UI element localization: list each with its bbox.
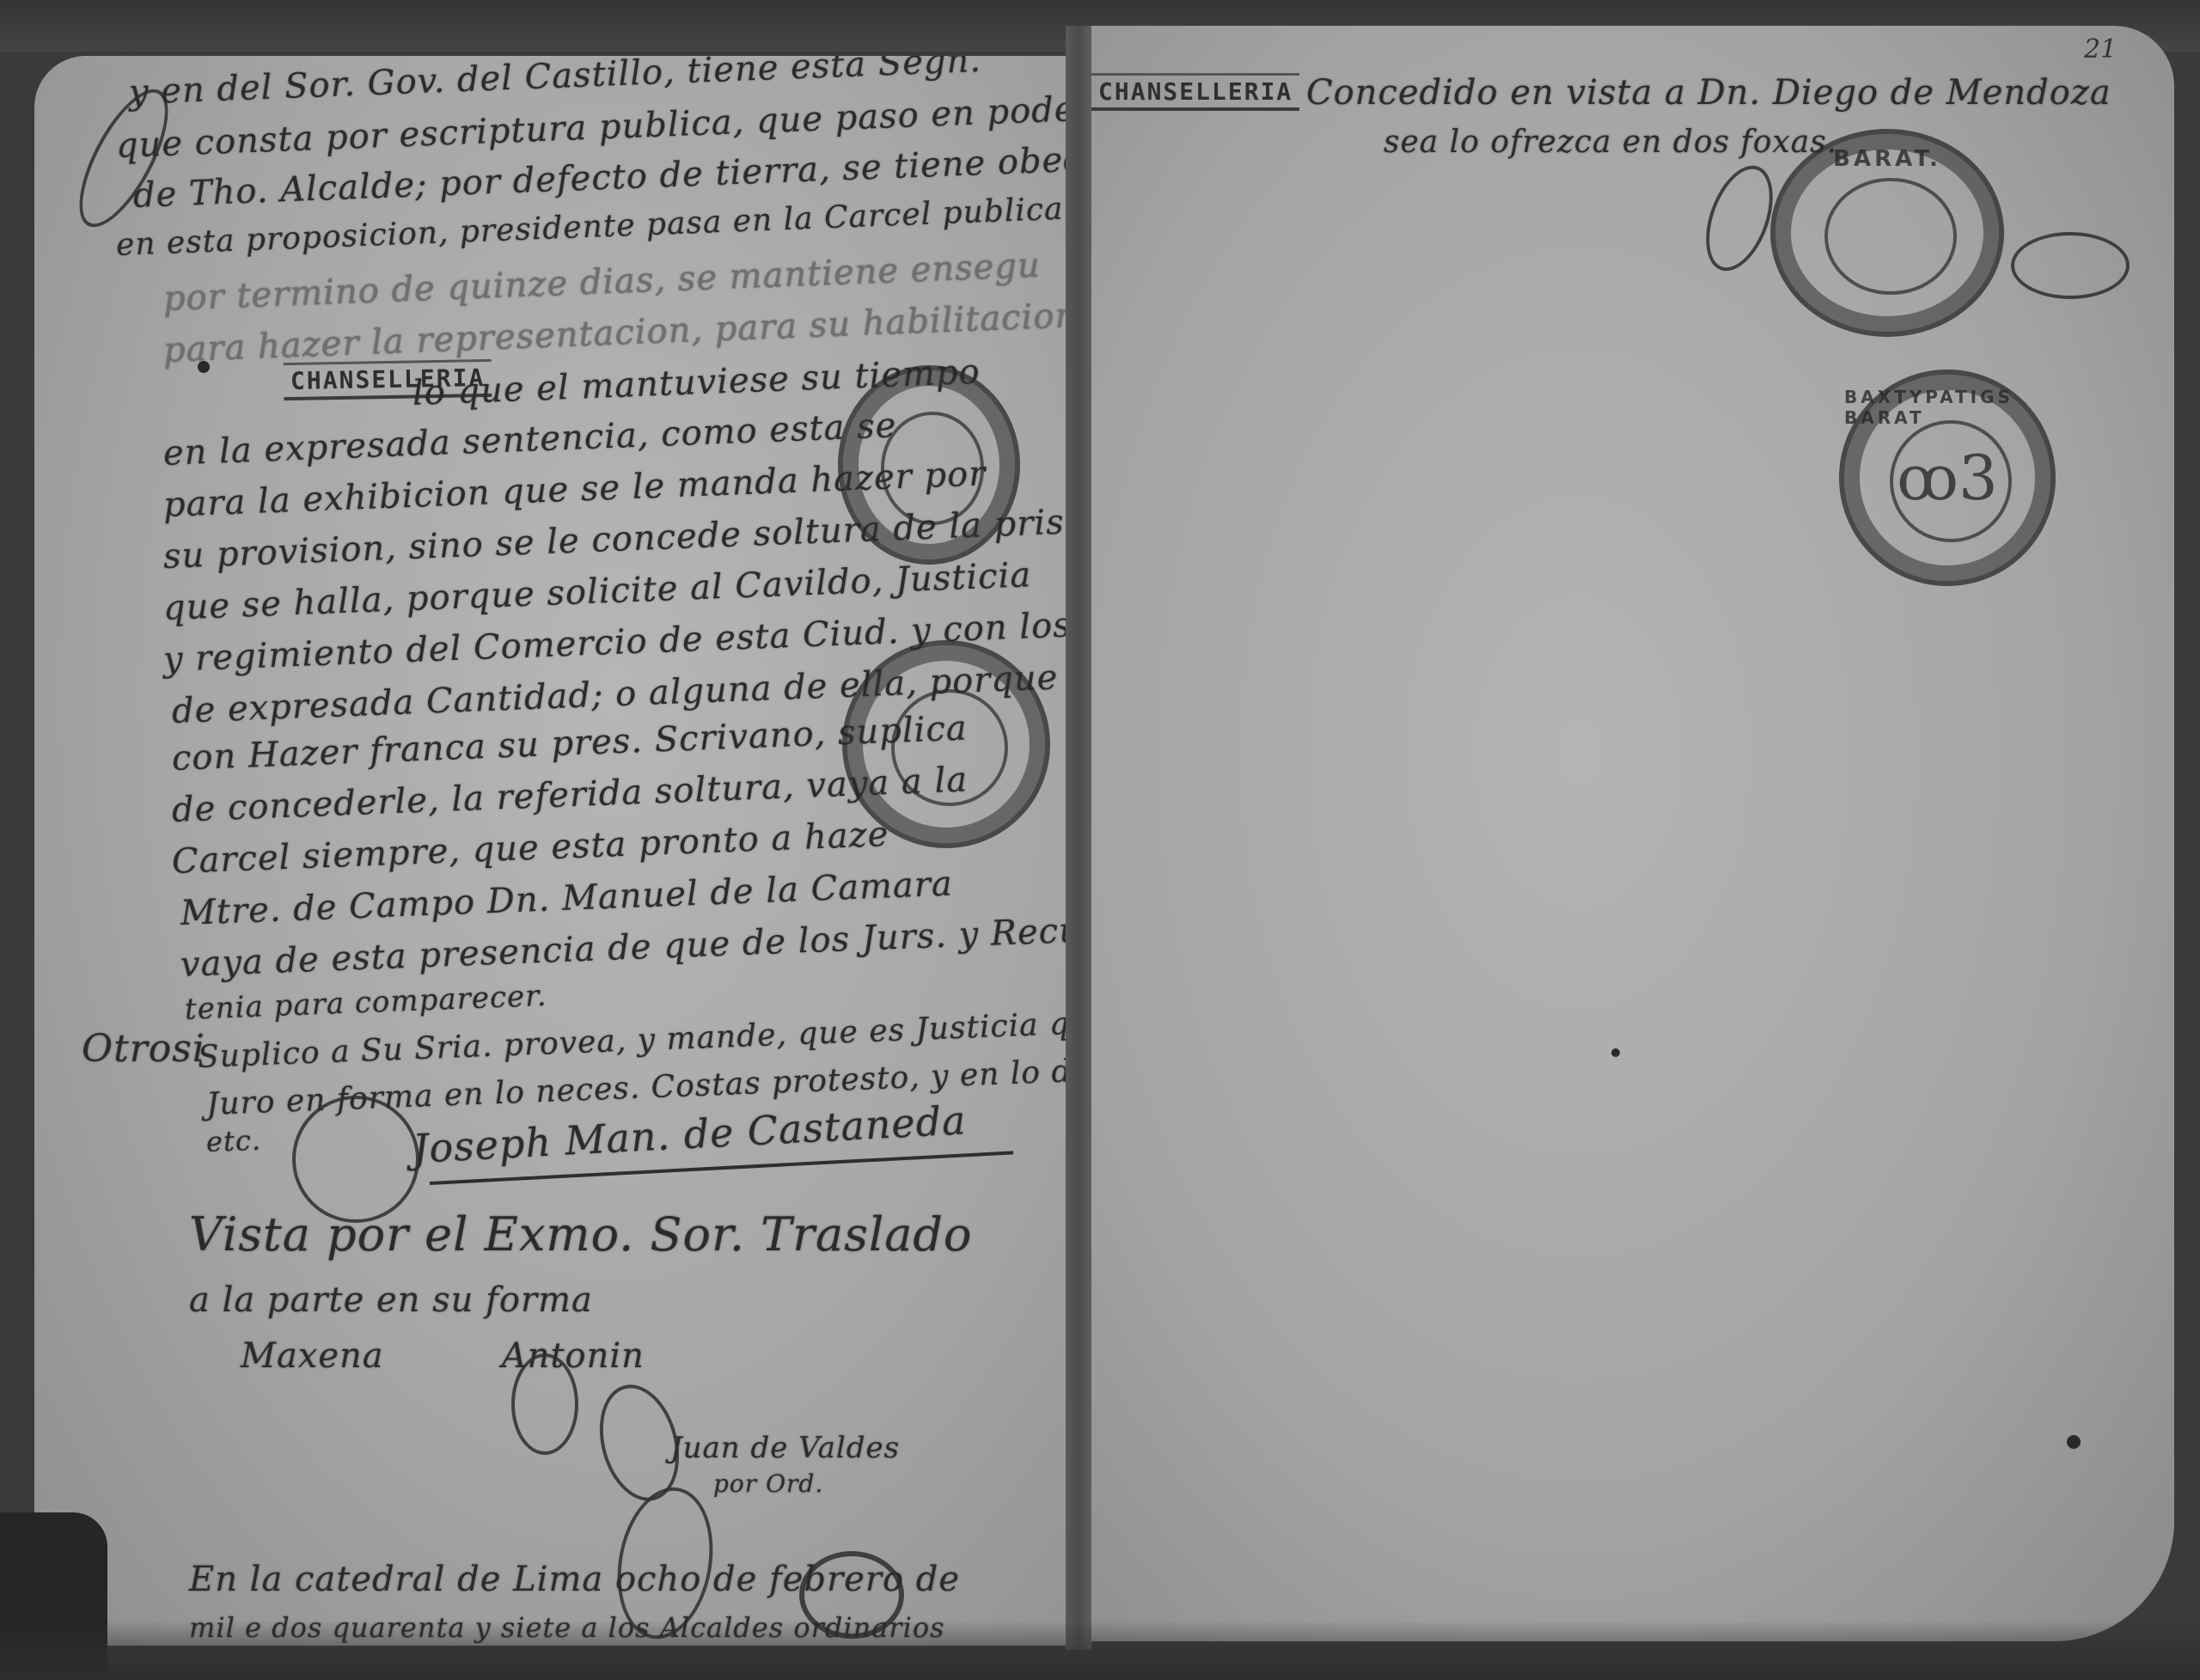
header-line: sea lo ofrezca en dos foxas.: [1384, 125, 1837, 160]
ink-blot: [2067, 1435, 2081, 1449]
scanner-frame-bottom: [0, 1620, 2200, 1680]
decree-line: Vista por el Exmo. Sor. Traslado: [189, 1207, 973, 1262]
rubric-flourish: [2011, 232, 2130, 299]
closing-line: En la catedral de Lima ocho de febrero d…: [189, 1560, 960, 1599]
seal-inner-ring: [891, 689, 1009, 807]
seal-stamp: [842, 640, 1050, 848]
signature-valdes: Juan de Valdes: [670, 1431, 900, 1465]
manuscript-line: tenia para comparecer.: [184, 979, 547, 1027]
folio-number: 21: [2084, 34, 2117, 64]
decree-line: Maxena Antonin: [241, 1336, 645, 1376]
seal-stamp: [838, 365, 1020, 565]
right-page: 21 CHANSELLERIA Concedido en vista a Dn.…: [1091, 26, 2174, 1641]
stamp-strip: CHANSELLERIA: [1091, 73, 1299, 111]
ink-blot: [198, 361, 210, 373]
seal-inner-ring: [881, 412, 984, 524]
otrosi-line: etc.: [205, 1124, 261, 1158]
margin-note-otrosi: Otrosi: [82, 1027, 205, 1071]
rubric-flourish: [511, 1353, 578, 1455]
signature-flourish: [292, 1096, 419, 1223]
seal-stamp: BARAT.: [1770, 129, 2004, 337]
header-line: Concedido en vista a Dn. Diego de Mendoz…: [1306, 73, 2111, 113]
seal-stamp: BAXTYPATIGS BARAT ꝏ3: [1839, 370, 2056, 586]
ink-blot: [1611, 1048, 1620, 1057]
seal-text: BARAT.: [1775, 134, 1999, 332]
left-page: CHANSELLERIA y en del Sor. Gov. del Cast…: [34, 56, 1091, 1646]
signature-valdes-sub: por Ord.: [713, 1469, 823, 1498]
book-spine: [1066, 26, 1091, 1650]
decree-line: a la parte en su forma: [189, 1280, 593, 1320]
seal-center-glyph: ꝏ3: [1844, 375, 2050, 581]
